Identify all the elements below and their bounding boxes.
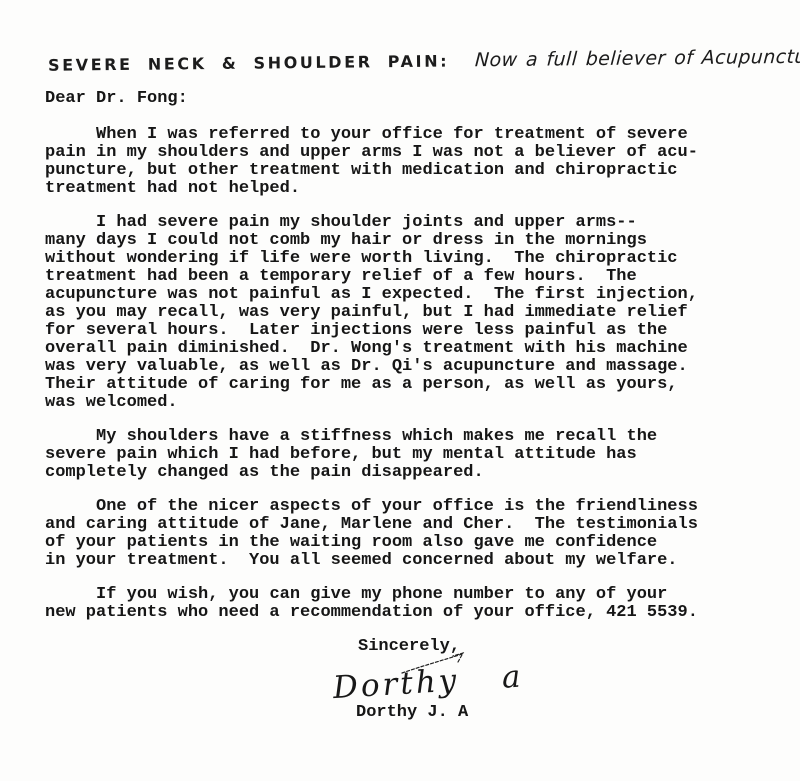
- scanned-letter-page: SEVERE NECK & SHOULDER PAIN: Now a full …: [0, 0, 800, 781]
- paragraph-current-condition: My shoulders have a stiffness which make…: [45, 428, 762, 482]
- headline-note: Now a full believer of Acupuncture: [474, 46, 800, 72]
- paragraph-intro: When I was referred to your office for t…: [45, 126, 762, 198]
- letter-body: SEVERE NECK & SHOULDER PAIN: Now a full …: [0, 0, 800, 781]
- paragraph-office-praise: One of the nicer aspects of your office …: [45, 498, 762, 570]
- paragraph-treatment-history: I had severe pain my shoulder joints and…: [45, 214, 762, 412]
- paragraph-phone-offer: If you wish, you can give my phone numbe…: [45, 586, 762, 622]
- headline-subject: SEVERE NECK & SHOULDER PAIN:: [48, 52, 449, 75]
- salutation: Dear Dr. Fong:: [45, 90, 762, 108]
- closing-block: Sincerely, Dorthy a Dorthy J. A: [45, 638, 762, 722]
- handwritten-headline: SEVERE NECK & SHOULDER PAIN: Now a full …: [48, 46, 762, 75]
